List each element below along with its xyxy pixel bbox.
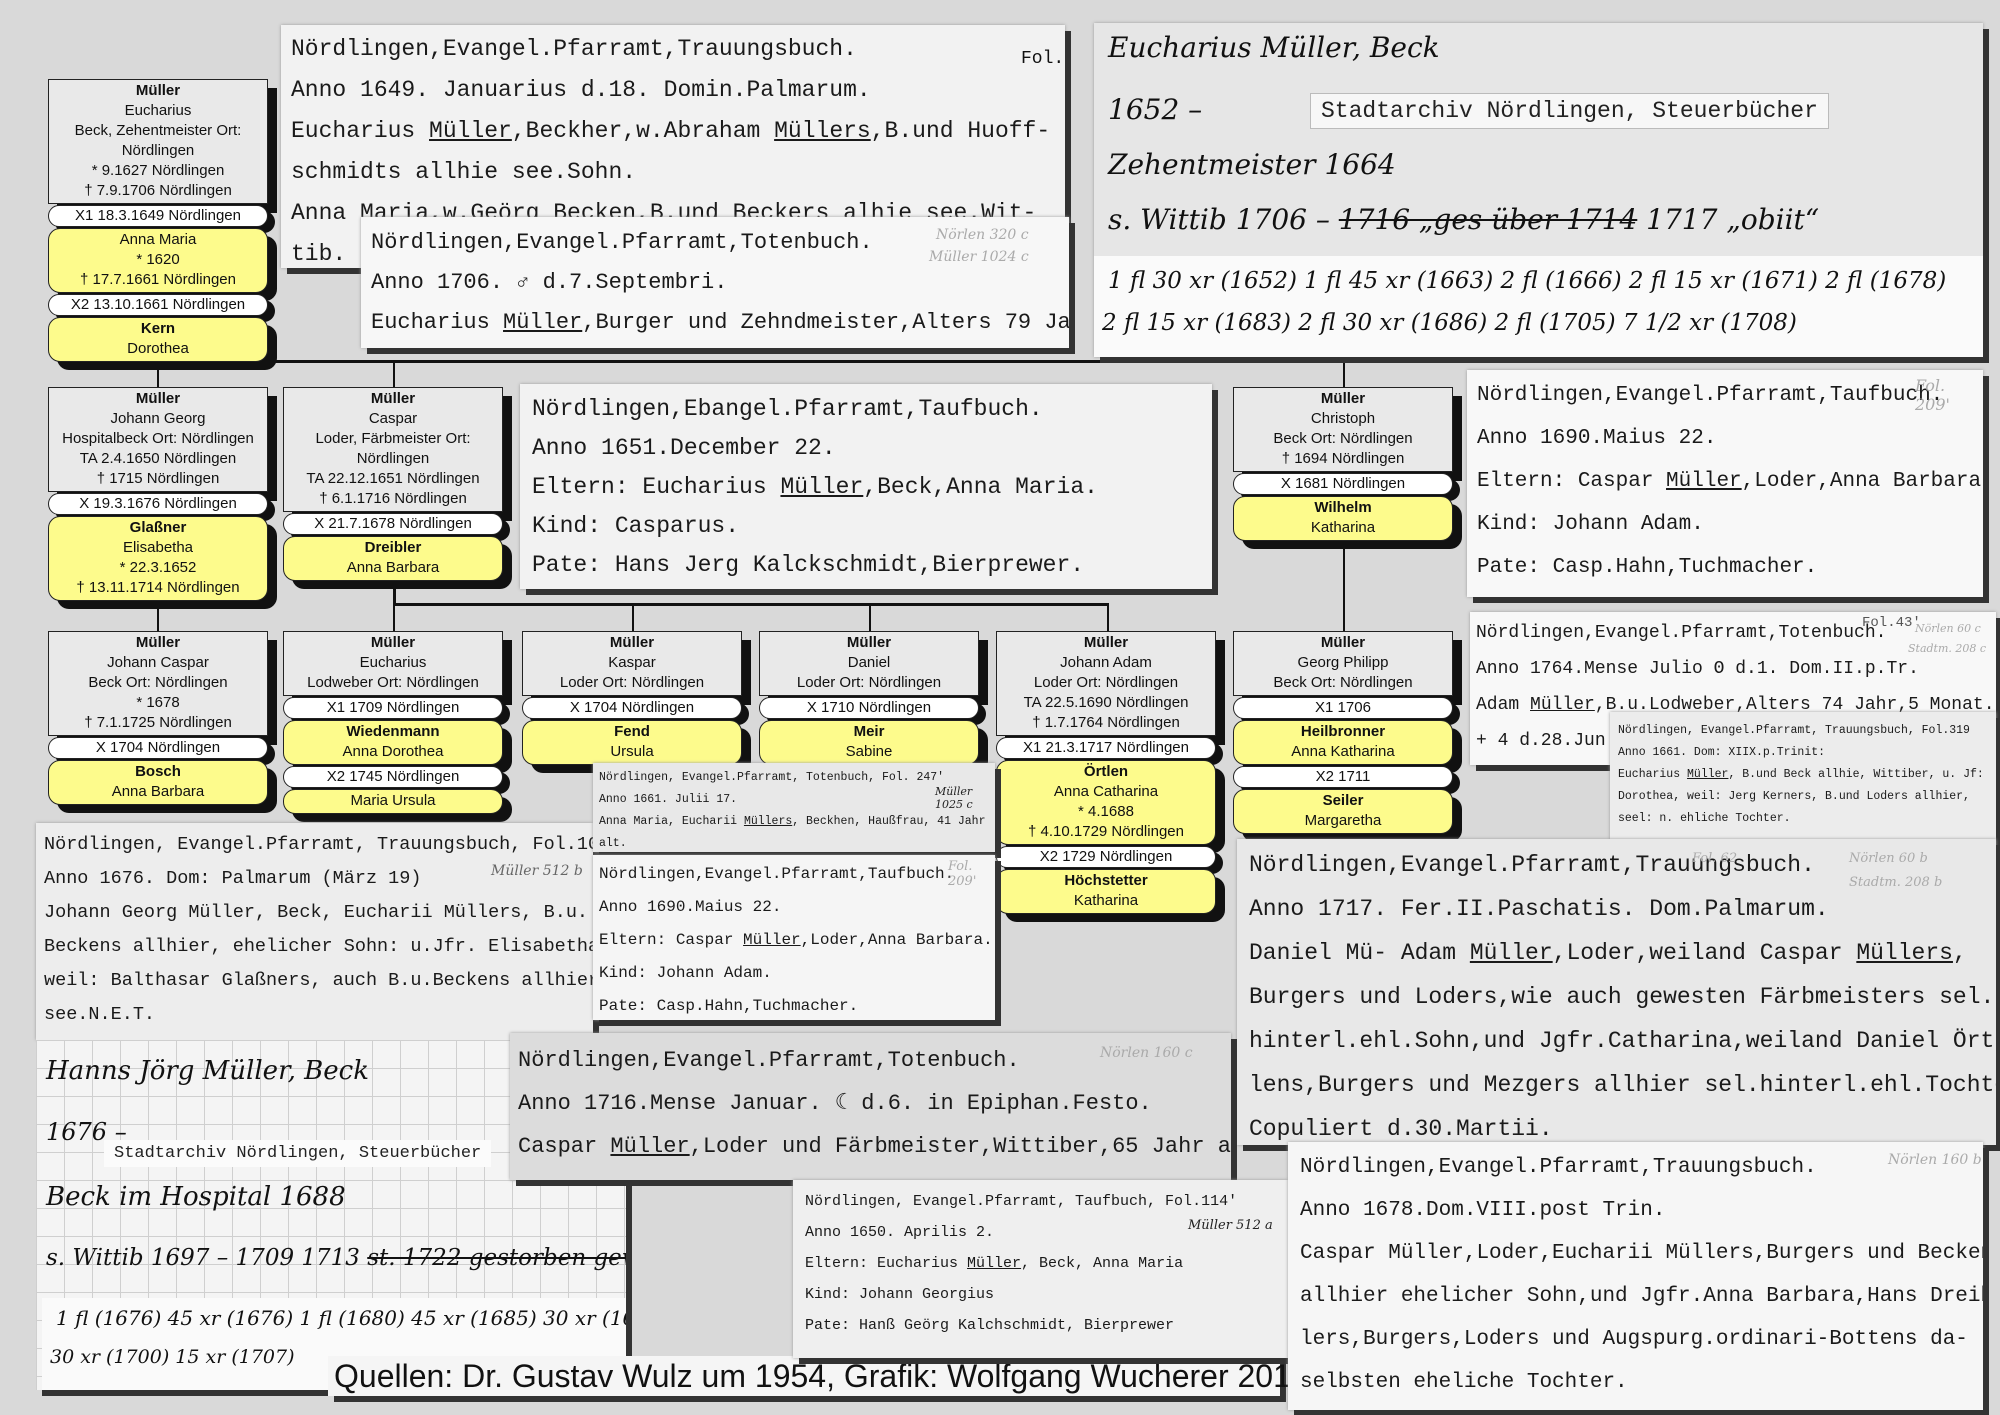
document-line: hinterl.ehl.Sohn,und Jgfr.Catharina,weil… — [1249, 1019, 1984, 1063]
spouse-card[interactable]: GlaßnerElisabetha* 22.3.1652† 13.11.1714… — [48, 516, 268, 601]
spouse-card[interactable]: SeilerMargaretha — [1233, 789, 1453, 834]
document-line: Anno 1649. Januarius d.18. Domin.Palmaru… — [291, 70, 1055, 111]
marriage-1: X 1681 Nördlingen — [1233, 473, 1453, 495]
document-line: seel: n. ehliche Tochter. — [1618, 808, 1988, 830]
person-johann-caspar[interactable]: MüllerJohann CasparBeck Ort: Nördlingen*… — [48, 631, 268, 805]
doc-totenbuch-1716[interactable]: Nörlen 160 c Nördlingen,Evangel.Pfarramt… — [510, 1033, 1231, 1180]
archive-note-1: Nörlen 60 c — [1915, 622, 1981, 635]
spouse-given: Ursula — [525, 742, 739, 762]
document-line: Anna Maria, Eucharii Müllers, Beckhen, H… — [599, 811, 989, 833]
document-line: Eltern: Eucharius Müller, Beck, Anna Mar… — [805, 1248, 1276, 1279]
connector-gen3-4 — [869, 603, 871, 632]
spouse-card[interactable]: DreiblerAnna Barbara — [283, 536, 503, 581]
archive-stamp: Stadtarchiv Nördlingen, Steuerbücher — [104, 1140, 491, 1167]
occupation: Beck, Zehentmeister Ort: — [51, 121, 265, 141]
document-line: Anno 1661. Julii 17. — [599, 789, 989, 811]
doc-trauungsbuch-1678[interactable]: Nörlen 160 b Nördlingen,Evangel.Pfarramt… — [1288, 1142, 1983, 1410]
given-name: Georg Philipp — [1236, 653, 1450, 673]
document-line: Eucharius Müller,Beckher,w.Abraham Mülle… — [291, 111, 1055, 152]
handwritten-name: Hanns Jörg Müller, Beck — [46, 1056, 369, 1086]
spouse-given: Maria Ursula — [286, 791, 500, 811]
person-detail: † 7.1.1725 Nördlingen — [51, 713, 265, 733]
archive-stamp: Stadtarchiv Nördlingen, Steuerbücher — [1310, 93, 1829, 129]
spouse-detail: * 4.1688 — [999, 802, 1213, 822]
marriage-1: X 21.7.1678 Nördlingen — [283, 513, 503, 535]
surname: Müller — [51, 633, 265, 653]
connector-gen3-horizontal — [393, 603, 1109, 606]
doc-taufbuch-1650[interactable]: Müller 512 a Nördlingen, Evangel.Pfarram… — [793, 1180, 1288, 1358]
document-line: Johann Georg Müller, Beck, Eucharii Müll… — [44, 896, 585, 930]
person-detail: Beck Ort: Nördlingen — [1236, 673, 1450, 693]
person-detail: Loder Ort: Nördlingen — [762, 673, 976, 693]
person-box: MüllerJohann GeorgHospitalbeck Ort: Nörd… — [48, 387, 268, 492]
marriage-1: X1 1709 Nördlingen — [283, 697, 503, 719]
given-name: Johann Georg — [51, 409, 265, 429]
spouse-kern-dorothea[interactable]: Kern Dorothea — [48, 317, 268, 362]
spouse-surname: Dreibler — [286, 538, 500, 558]
handwritten-name: Eucharius Müller, Beck — [1108, 31, 1440, 64]
person-detail: TA 22.12.1651 Nördlingen — [286, 469, 500, 489]
handwritten-wittib: s. Wittib 1706 – 1716 „ges über 1714 171… — [1108, 203, 1819, 236]
marriage-2: X2 1711 — [1233, 766, 1453, 788]
connector-christoph-down — [1343, 540, 1345, 632]
archive-note: Müller 1025 c — [935, 785, 995, 811]
spouse-card[interactable]: HeilbronnerAnna Katharina — [1233, 720, 1453, 765]
birth: * 9.1627 Nördlingen — [51, 161, 265, 181]
spouse-surname: Glaßner — [51, 518, 265, 538]
spouse-surname: Seiler — [1236, 791, 1450, 811]
spouse-surname: Heilbronner — [1236, 722, 1450, 742]
document-line: Pate: Casp.Hahn,Tuchmacher. — [599, 990, 989, 1020]
surname: Müller — [51, 81, 265, 101]
person-box: MüllerDanielLoder Ort: Nördlingen — [759, 631, 979, 696]
document-line: Nördlingen, Evangel.Pfarramt, Totenbuch,… — [599, 767, 989, 789]
person-daniel[interactable]: MüllerDanielLoder Ort: NördlingenX 1710 … — [759, 631, 979, 765]
person-box: MüllerCasparLoder, Färbmeister Ort:Nördl… — [283, 387, 503, 512]
person-caspar[interactable]: MüllerCasparLoder, Färbmeister Ort:Nördl… — [283, 387, 503, 581]
spouse-surname: Fend — [525, 722, 739, 742]
document-line: Anno 1678.Dom.VIII.post Trin. — [1300, 1189, 1971, 1232]
connector-gen2-2 — [393, 360, 395, 388]
marriage-2: X2 13.10.1661 Nördlingen — [48, 294, 268, 316]
marriage-2: X2 1745 Nördlingen — [283, 766, 503, 788]
connector-gen2-1 — [157, 360, 159, 388]
document-line: Anno 1690.Maius 22. — [1477, 417, 1973, 460]
spouse-given: Katharina — [999, 891, 1213, 911]
person-detail: Loder, Färbmeister Ort: — [286, 429, 500, 449]
document-line: Eucharius Müller,Burger und Zehndmeister… — [371, 303, 1059, 343]
document-line: Kind: Johann Adam. — [599, 957, 989, 990]
archive-note-1: Nörlen 320 c — [936, 227, 1029, 243]
spouse-surname: Kern — [51, 319, 265, 339]
spouse-card[interactable]: ÖrtlenAnna Catharina* 4.1688† 4.10.1729 … — [996, 760, 1216, 845]
spouse-given: Margaretha — [1236, 811, 1450, 831]
doc-taufbuch-1651[interactable]: Nördlingen,Ebangel.Pfarramt,Taufbuch.Ann… — [520, 384, 1212, 589]
marriage-1: X1 21.3.1717 Nördlingen — [996, 737, 1216, 759]
person-detail: Nördlingen — [286, 449, 500, 469]
surname: Müller — [525, 633, 739, 653]
marriage-1: X 1704 Nördlingen — [48, 737, 268, 759]
document-line: see.N.E.T. — [44, 998, 585, 1032]
tax-line-2: 2 fl 15 xr (1683) 2 fl 30 xr (1686) 2 fl… — [1102, 310, 1797, 336]
document-line: Daniel Mü- Adam Müller,Loder,weiland Cas… — [1249, 931, 1984, 975]
connector-gen3-5 — [1107, 603, 1109, 632]
person-detail: Hospitalbeck Ort: Nördlingen — [51, 429, 265, 449]
document-line: Nördlingen,Ebangel.Pfarramt,Taufbuch. — [532, 390, 1200, 429]
person-eucharius-mueller-root[interactable]: Müller Eucharius Beck, Zehentmeister Ort… — [48, 79, 268, 362]
doc-trauungsbuch-1717[interactable]: Fol. 62 Nörlen 60 b Stadtm. 208 b Nördli… — [1237, 839, 1996, 1145]
document-line: Caspar Müller,Loder,Eucharii Müllers,Bur… — [1300, 1232, 1971, 1275]
document-line: schmidts allhie see.Sohn. — [291, 152, 1055, 193]
spouse-detail: * 22.3.1652 — [51, 558, 265, 578]
death: † 7.9.1706 Nördlingen — [51, 181, 265, 201]
surname: Müller — [1236, 389, 1450, 409]
document-line: Anno 1651.December 22. — [532, 429, 1200, 468]
person-kaspar[interactable]: MüllerKasparLoder Ort: NördlingenX 1704 … — [522, 631, 742, 765]
spouse-anna-maria[interactable]: Anna Maria * 1620 † 17.7.1661 Nördlingen — [48, 228, 268, 293]
spouse-card[interactable]: BoschAnna Barbara — [48, 760, 268, 805]
connector-gen3-2 — [393, 603, 395, 632]
spouse-death: † 17.7.1661 Nördlingen — [51, 270, 265, 290]
document-line: Eltern: Eucharius Müller,Beck,Anna Maria… — [532, 468, 1200, 507]
spouse-surname: Höchstetter — [999, 871, 1213, 891]
archive-note-1: Nörlen 60 b — [1849, 851, 1928, 866]
document-line: Nördlingen, Evangel.Pfarramt, Trauungsbu… — [44, 828, 585, 862]
person-detail: Beck Ort: Nördlingen — [1236, 429, 1450, 449]
document-line: Eucharius Müller, B.und Beck allhie, Wit… — [1618, 764, 1988, 786]
surname: Müller — [286, 633, 500, 653]
marriage-1: X 1704 Nördlingen — [522, 697, 742, 719]
document-line: Kind: Casparus. — [532, 507, 1200, 546]
given-name: Kaspar — [525, 653, 739, 673]
document-line: Eltern: Caspar Müller,Loder,Anna Barbara… — [599, 924, 989, 957]
document-line: Anno 1690.Maius 22. — [599, 891, 989, 924]
surname: Müller — [1236, 633, 1450, 653]
spouse-given: Sabine — [762, 742, 976, 762]
spouse-given: Anna Dorothea — [286, 742, 500, 762]
person-detail: TA 2.4.1650 Nördlingen — [51, 449, 265, 469]
given-name: Caspar — [286, 409, 500, 429]
spouse-given: Katharina — [1236, 518, 1450, 538]
document-line: weil: Balthasar Glaßners, auch B.u.Becke… — [44, 964, 585, 998]
person-detail: † 6.1.1716 Nördlingen — [286, 489, 500, 509]
document-line: Anno 1717. Fer.II.Paschatis. Dom.Palmaru… — [1249, 887, 1984, 931]
doc-taufbuch-1690-copy[interactable]: Fol. 209' Nördlingen,Evangel.Pfarramt,Ta… — [593, 855, 995, 1020]
document-line: Pate: Hans Jerg Kalckschmidt,Bierprewer. — [532, 546, 1200, 585]
folio-note: Fol. 209' — [948, 859, 988, 889]
spouse-card[interactable]: MeirSabine — [759, 720, 979, 765]
connector-gen3-3 — [632, 603, 634, 632]
document-line: Nördlingen,Evangel.Pfarramt,Trauungsbuch… — [291, 29, 1055, 70]
doc-taufbuch-1690[interactable]: Fol. 209' Nördlingen,Evangel.Pfarramt,Ta… — [1467, 370, 1983, 597]
spouse-given: Anna Catharina — [999, 782, 1213, 802]
person-detail: Beck Ort: Nördlingen — [51, 673, 265, 693]
document-line: alt. — [599, 833, 989, 852]
spouse-surname: Bosch — [51, 762, 265, 782]
document-line: Copuliert d.30.Martii. — [1249, 1107, 1984, 1145]
handwritten-zehentmeister: Zehentmeister 1664 — [1108, 148, 1396, 181]
marriage-2: X2 1729 Nördlingen — [996, 846, 1216, 868]
person-johann-georg[interactable]: MüllerJohann GeorgHospitalbeck Ort: Nörd… — [48, 387, 268, 601]
folio-note: Fol.92 — [1021, 49, 1065, 69]
archive-note: Nörlen 160 c — [1100, 1045, 1193, 1061]
connector-gen2-3 — [1343, 360, 1345, 388]
document-line: Anno 1764.Mense Julio ʘ d.1. Dom.II.p.Tr… — [1476, 651, 1990, 687]
doc-steuerbuch-eucharius[interactable]: Eucharius Müller, Beck 1652 – Stadtarchi… — [1094, 23, 1983, 357]
handwritten-start: 1652 – — [1108, 93, 1202, 126]
person-box: MüllerGeorg PhilippBeck Ort: Nördlingen — [1233, 631, 1453, 696]
document-line: lers,Burgers,Loders und Augspurg.ordinar… — [1300, 1318, 1971, 1361]
archive-note: Müller 512 a — [1188, 1218, 1273, 1233]
spouse-birth: * 1620 — [51, 250, 265, 270]
document-line: Kind: Johann Adam. — [1477, 503, 1973, 546]
connector-gen2-horizontal — [157, 360, 1357, 363]
document-line: selbsten eheliche Tochter. — [1300, 1361, 1971, 1404]
document-line: Eltern: Caspar Müller,Loder,Anna Barbara… — [1477, 460, 1973, 503]
folio-note: Fol.43' — [1862, 615, 1921, 631]
person-box: MüllerKasparLoder Ort: Nördlingen — [522, 631, 742, 696]
spouse-card[interactable]: WilhelmKatharina — [1233, 496, 1453, 541]
doc-trauungsbuch-1676[interactable]: Müller 512 b Nördlingen, Evangel.Pfarram… — [36, 823, 593, 1040]
person-christoph[interactable]: MüllerChristophBeck Ort: Nördlingen† 169… — [1233, 387, 1453, 541]
given-name: Christoph — [1236, 409, 1450, 429]
doc-totenbuch-1661[interactable]: Müller 1025 c Nördlingen, Evangel.Pfarra… — [593, 763, 995, 852]
person-johann-adam[interactable]: MüllerJohann AdamLoder Ort: NördlingenTA… — [996, 631, 1216, 914]
person-detail: Lodweber Ort: Nördlingen — [286, 673, 500, 693]
person-georg-philipp[interactable]: MüllerGeorg PhilippBeck Ort: NördlingenX… — [1233, 631, 1453, 834]
document-line: Pate: Casp.Hahn,Tuchmacher. — [1477, 546, 1973, 589]
spouse-detail: † 4.10.1729 Nördlingen — [999, 822, 1213, 842]
tax-line-1: 1 fl (1676) 45 xr (1676) 1 fl (1680) 45 … — [56, 1306, 626, 1330]
archive-note-2: Müller 1024 c — [929, 249, 1029, 265]
document-line: Beckens allhier, ehelicher Sohn: u.Jfr. … — [44, 930, 585, 964]
spouse-given: Elisabetha — [51, 538, 265, 558]
person-box: MüllerChristophBeck Ort: Nördlingen† 169… — [1233, 387, 1453, 472]
surname: Müller — [286, 389, 500, 409]
document-line: Nördlingen,Evangel.Pfarramt,Trauungsbuch… — [1300, 1146, 1971, 1189]
spouse-given: Anna Barbara — [286, 558, 500, 578]
spouse-surname: Meir — [762, 722, 976, 742]
folio-note: Fol. 62 — [1692, 851, 1737, 866]
document-line: Anno 1661. Dom: XIIX.p.Trinit: — [1618, 742, 1988, 764]
marriage-1: X 1710 Nördlingen — [759, 697, 979, 719]
document-line: Nördlingen, Evangel.Pfarramt, Taufbuch, … — [805, 1186, 1276, 1217]
given-name: Johann Caspar — [51, 653, 265, 673]
spouse-card[interactable]: Maria Ursula — [283, 789, 503, 814]
marriage-1: X1 1706 — [1233, 697, 1453, 719]
document-line: Anno 1716.Mense Januar. ☾ d.6. in Epipha… — [518, 1082, 1223, 1125]
surname: Müller — [51, 389, 265, 409]
spouse-surname: Wiedenmann — [286, 722, 500, 742]
document-line: Burgers und Loders,wie auch gewesten Fär… — [1249, 975, 1984, 1019]
person-box: MüllerJohann AdamLoder Ort: NördlingenTA… — [996, 631, 1216, 736]
surname: Müller — [999, 633, 1213, 653]
doc-trauungsbuch-1661[interactable]: Nördlingen, Evangel.Pfarramt, Trauungsbu… — [1610, 712, 1996, 848]
archive-note-2: Stadtm. 208 b — [1849, 875, 1942, 890]
spouse-given: Anna Barbara — [51, 782, 265, 802]
marriage-1: X 19.3.1676 Nördlingen — [48, 493, 268, 515]
person-detail: † 1715 Nördlingen — [51, 469, 265, 489]
given-name: Eucharius — [286, 653, 500, 673]
spouse-card[interactable]: FendUrsula — [522, 720, 742, 765]
spouse-card[interactable]: WiedenmannAnna Dorothea — [283, 720, 503, 765]
document-line: Pate: Hanß Geörg Kalchschmidt, Bierprewe… — [805, 1310, 1276, 1341]
tax-line-1: 1 fl 30 xr (1652) 1 fl 45 xr (1663) 2 fl… — [1108, 268, 1946, 294]
handwritten-hospital: Beck im Hospital 1688 — [46, 1182, 346, 1212]
document-line: Nördlingen, Evangel.Pfarramt, Trauungsbu… — [1618, 720, 1988, 742]
person-detail: Loder Ort: Nördlingen — [525, 673, 739, 693]
place: Nördlingen — [51, 141, 265, 161]
person-eucharius-jr[interactable]: MüllerEuchariusLodweber Ort: NördlingenX… — [283, 631, 503, 814]
person-detail: † 1694 Nördlingen — [1236, 449, 1450, 469]
person-box: MüllerEuchariusLodweber Ort: Nördlingen — [283, 631, 503, 696]
surname: Müller — [762, 633, 976, 653]
tax-line-2: 30 xr (1700) 15 xr (1707) — [50, 1346, 295, 1368]
archive-note-2: Stadtm. 208 c — [1908, 642, 1986, 655]
given-name: Johann Adam — [999, 653, 1213, 673]
folio-note: Fol. 209' — [1915, 376, 1965, 414]
person-detail: TA 22.5.1690 Nördlingen — [999, 693, 1213, 713]
handwritten-wittib: s. Wittib 1697 – 1709 1713 st. 1722 gest… — [46, 1245, 626, 1271]
person-detail: * 1678 — [51, 693, 265, 713]
person-detail: Loder Ort: Nördlingen — [999, 673, 1213, 693]
spouse-given: Anna Katharina — [1236, 742, 1450, 762]
person-box: MüllerJohann CasparBeck Ort: Nördlingen*… — [48, 631, 268, 736]
spouse-card[interactable]: HöchstetterKatharina — [996, 869, 1216, 914]
document-line: Anno 1706. ♂ d.7.Septembri. — [371, 263, 1059, 303]
document-line: Dorothea, weil: Jerg Kerners, B.und Lode… — [1618, 786, 1988, 808]
document-line: Kind: Johann Georgius — [805, 1279, 1276, 1310]
document-line: Caspar Müller,Loder und Färbmeister,Witt… — [518, 1125, 1223, 1168]
given-name: Eucharius — [51, 101, 265, 121]
spouse-surname: Örtlen — [999, 762, 1213, 782]
document-line: Nördlingen,Evangel.Pfarramt,Taufbuch. — [599, 858, 989, 891]
given-name: Daniel — [762, 653, 976, 673]
spouse-given: Anna Maria — [51, 230, 265, 250]
archive-note: Müller 512 b — [491, 863, 583, 879]
document-line: Nördlingen,Evangel.Pfarramt,Taufbuch. — [1477, 374, 1973, 417]
document-line: allhier ehelicher Sohn,und Jgfr.Anna Bar… — [1300, 1275, 1971, 1318]
person-detail: † 1.7.1764 Nördlingen — [999, 713, 1213, 733]
spouse-detail: † 13.11.1714 Nördlingen — [51, 578, 265, 598]
spouse-given: Dorothea — [51, 339, 265, 359]
spouse-surname: Wilhelm — [1236, 498, 1450, 518]
source-caption: Quellen: Dr. Gustav Wulz um 1954, Grafik… — [328, 1356, 1280, 1396]
person-box: Müller Eucharius Beck, Zehentmeister Ort… — [48, 79, 268, 204]
document-line: lens,Burgers und Mezgers allhier sel.hin… — [1249, 1063, 1984, 1107]
marriage-1: X1 18.3.1649 Nördlingen — [48, 205, 268, 227]
archive-note: Nörlen 160 b — [1888, 1152, 1982, 1168]
doc-totenbuch-1706[interactable]: Nörlen 320 c Müller 1024 c Nördlingen,Ev… — [361, 217, 1069, 348]
